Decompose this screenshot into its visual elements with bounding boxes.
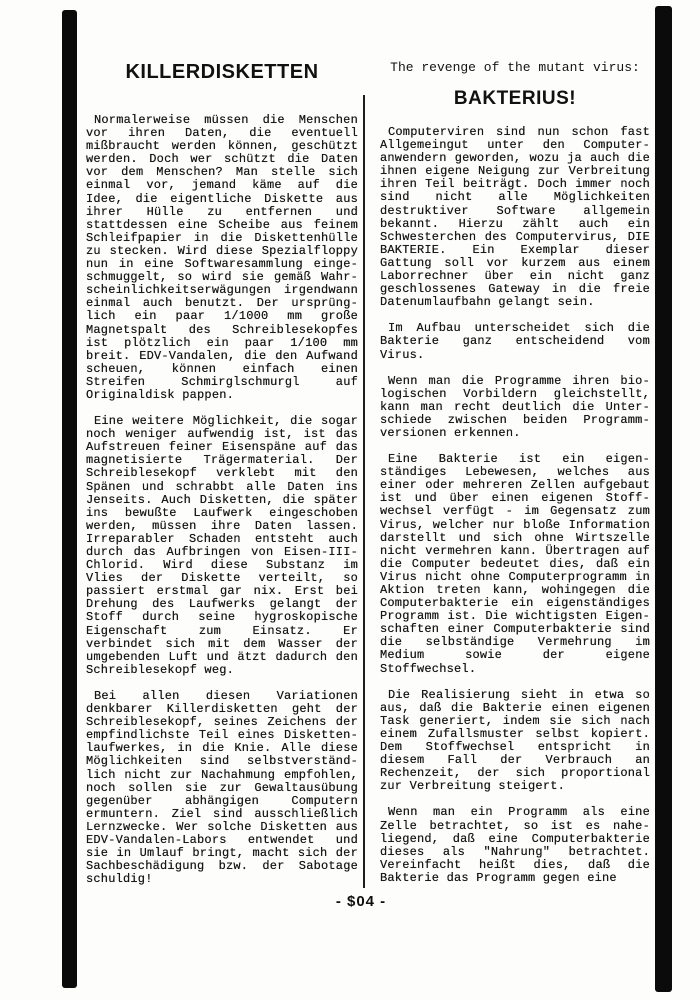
article-kicker: The revenge of the mutant virus: [380, 60, 650, 76]
text-line: versionen erkennen. [380, 427, 650, 440]
text-line: Datenumlaufbahn gelangt sein. [380, 296, 650, 309]
zine-page: KILLERDISKETTEN Normalerweise müssen die… [0, 0, 700, 1000]
scan-border-right-bar [655, 6, 672, 992]
article-title-bakterius: BAKTERIUS! [380, 88, 650, 110]
page-number: - $04 - [0, 893, 700, 910]
text-line: Bakterie das Programm gegen eine [380, 872, 650, 885]
text-line: zur Verbreitung steigert. [380, 780, 650, 793]
paragraph: Bei allen diesen Variationendenkbarer Ki… [86, 690, 358, 886]
text-line: Streifen Schmirglschmurgl auf [86, 376, 358, 389]
text-line: verbindet sich mit dem Wasser der [86, 638, 358, 651]
paragraph: Wenn man ein Programm als eineZelle betr… [380, 806, 650, 885]
text-line: liegend, daß eine Computerbakterie [380, 833, 650, 846]
text-line: sind nicht alle Möglichkeiten [380, 191, 650, 204]
text-line: Schleifpapier in die Diskettenhülle [86, 232, 358, 245]
text-line: Schreiblesekopf weg. [86, 664, 358, 677]
text-line: darstellt und sich ohne Wirtszelle [380, 532, 650, 545]
article-title-killerdisketten: KILLERDISKETTEN [86, 60, 358, 84]
text-line: ins bewußte Laufwerk eingeschoben [86, 507, 358, 520]
text-line: nicht vermehren kann. Übertragen auf [380, 545, 650, 558]
text-line: bekannt. Hierzu zählt auch ein [380, 218, 650, 231]
text-line: Eigenschaft zum Einsatz. Er [86, 625, 358, 638]
text-line: Möglichkeiten sind selbstverständ- [86, 755, 358, 768]
text-line: ihrer Hülle zu entfernen und [86, 206, 358, 219]
text-line: ist plötzlich ein paar 1/100 mm [86, 337, 358, 350]
paragraph: Computerviren sind nun schon fastAllgeme… [380, 126, 650, 309]
text-line: gegenüber abhängigen Computern [86, 795, 358, 808]
text-line: stattdessen eine Scheibe aus feinem [86, 219, 358, 232]
text-line: Magnetspalt des Schreiblesekopfes [86, 324, 358, 337]
text-line: Jenseits. Auch Disketten, die später [86, 494, 358, 507]
text-line: Spänen und schrabbt alle Daten ins [86, 481, 358, 494]
text-line: Idee, die eigentliche Diskette aus [86, 193, 358, 206]
scan-border-left-bar [62, 10, 77, 988]
text-line: Medium sowie der eigene [380, 649, 650, 662]
article-body-right: Computerviren sind nun schon fastAllgeme… [380, 126, 650, 885]
text-line: werden, müssen ihre Daten lassen. [86, 520, 358, 533]
text-line: Schreiblesekopf verklebt mit den [86, 467, 358, 480]
column-divider-rule [363, 95, 365, 888]
text-line: Vereinfacht heißt dies, daß die [380, 859, 650, 872]
text-line: Virus, welcher nur bloße Information [380, 519, 650, 532]
text-line: noch sollen sie zur Gewaltausübung [86, 782, 358, 795]
paragraph: Im Aufbau unterscheidet sich dieBakterie… [380, 322, 650, 361]
text-line: Originaldisk pappen. [86, 389, 358, 402]
paragraph: Die Realisierung sieht in etwa soaus, da… [380, 689, 650, 794]
text-line: Lernzwecke. Wer solche Disketten aus [86, 821, 358, 834]
text-line: Die Realisierung sieht in etwa so [380, 689, 650, 702]
paragraph: Wenn man die Programme ihren bio-logisch… [380, 375, 650, 440]
text-line: einmal vor, jemand käme auf die [86, 179, 358, 192]
paragraph: Normalerweise müssen die Menschenvor ihr… [86, 114, 358, 402]
text-line: BAKTERIE. Ein Exemplar dieser [380, 244, 650, 257]
paragraph: Eine weitere Möglichkeit, die sogarnoch … [86, 415, 358, 677]
text-line: ermuntern. Ziel sind ausschließlich [86, 808, 358, 821]
text-line: lich ein paar 1/1000 mm große [86, 310, 358, 323]
article-bakterius: The revenge of the mutant virus: BAKTERI… [380, 60, 650, 885]
text-line: Bakterie ganz entscheidend vom [380, 335, 650, 348]
article-body-left: Normalerweise müssen die Menschenvor ihr… [86, 114, 358, 886]
text-line: Stoff durch seine hygroskopische [86, 611, 358, 624]
text-line: Wenn man die Programme ihren bio- [380, 375, 650, 388]
text-line: lich nicht zur Nachahmung empfohlen, [86, 769, 358, 782]
text-line: dieses als "Nahrung" betrachtet. [380, 846, 650, 859]
text-line: breit. EDV-Vandalen, die den Aufwand [86, 350, 358, 363]
text-line: scheuen, können einfach einen [86, 363, 358, 376]
text-line: Wenn man ein Programm als eine [380, 806, 650, 819]
text-line: kann man recht deutlich die Unter- [380, 401, 650, 414]
text-line: Virus. [380, 349, 650, 362]
text-line: die Computer bedeutet dies, daß ein [380, 558, 650, 571]
text-line: Task generiert, indem sie sich nach [380, 715, 650, 728]
paragraph: Eine Bakterie ist ein eigen-ständiges Le… [380, 453, 650, 676]
article-killerdisketten: KILLERDISKETTEN Normalerweise müssen die… [86, 60, 358, 886]
text-line: aus, daß die Bakterie einen eigenen [380, 702, 650, 715]
text-line: Schwesterchen des Computervirus, DIE [380, 231, 650, 244]
text-line: destruktiver Software allgemein [380, 205, 650, 218]
text-line: Zelle betrachtet, so ist es nahe- [380, 820, 650, 833]
text-line: schuldig! [86, 873, 358, 886]
text-line: umgebenden Luft und ätzt dadurch den [86, 651, 358, 664]
text-line: Stoffwechsel. [380, 663, 650, 676]
text-line: logischen Vorbildern gleichstellt, [380, 388, 650, 401]
text-line: wechsel verfügt - im Gegensatz zum [380, 505, 650, 518]
text-line: schiede zwischen beiden Programm- [380, 414, 650, 427]
